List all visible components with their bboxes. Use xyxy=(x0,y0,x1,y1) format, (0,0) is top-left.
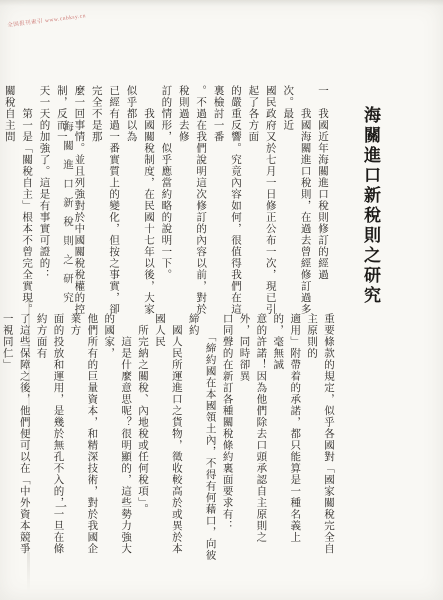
text-column: 。不過在我們說明這次修訂的內容以前，對於稅則過去修 xyxy=(174,85,209,318)
text-column: 意的許諾！因為他們除去口頭承認自主原則之外，同時卻異 xyxy=(235,313,269,562)
quote-column: 「締約國在本國領土內，不得有何藉口，向彼締約 xyxy=(184,313,218,562)
text-register-lower: 重要條款的規定，似乎各國對「國家關稅完全自主原則的 適用」附帶着的承諾，都只能算… xyxy=(0,313,336,562)
text-column: 國民政府又於七月一日修正公布一次，現已引起了各方面 xyxy=(244,85,279,318)
scan-artifact xyxy=(27,552,30,592)
running-title: 海關進口新稅則之研究 xyxy=(60,121,75,311)
section-heading-column: 一 我國近年海關進口稅則修訂的經過 xyxy=(314,85,331,318)
text-register-upper: 一 我國近年海關進口稅則修訂的經過 我國海關進口稅則，在過去曾經修訂過多次。最近… xyxy=(0,85,331,318)
text-column: 這是什麼意思呢？很明顯的，這些勢力強大的國家， xyxy=(99,313,133,562)
page-number: 一 xyxy=(55,498,67,515)
text-column: 第一是「關稅自主」根本不曾完全實現。關稅自主問 xyxy=(0,85,35,318)
text-column: 已經有過一番實質上的變化，但按之事實，卻完全不是那 xyxy=(87,85,122,318)
text-column: 適用」附帶着的承諾，都只能算是一種名義上的，毫無誠 xyxy=(268,313,302,562)
scan-artifact xyxy=(28,300,30,465)
quote-column: 國人民所運進口之貨物，徵收較高於或異於本國人民 xyxy=(150,313,184,562)
library-watermark-stamp: 全国报刊索引 www.cnbksy.cn xyxy=(7,11,86,29)
text-column: 了這些保障之後，他們便可以在「中外資本競爭一視同仁」 xyxy=(0,313,32,562)
text-column: 重要條款的規定，似乎各國對「國家關稅完全自主原則的 xyxy=(302,313,336,562)
scan-edge-shade xyxy=(0,0,443,6)
text-column: 他們所有的巨量資本，和精深技術，對於我國企業方 xyxy=(66,313,100,562)
text-column: 面的投放和運用，是幾於無孔不入的，一旦在條約方面有 xyxy=(32,313,66,562)
quote-column: 所完納之關稅、內地稅或任何稅項」。 xyxy=(133,313,150,562)
text-column: 訂的情形，似乎應當約略的說明一下。 xyxy=(157,85,174,318)
text-column: 我國海關進口稅則，在過去曾經修訂過多次。最近 xyxy=(279,85,314,318)
text-column: 口同聲的在新訂各種關稅條約裏面要求有： xyxy=(218,313,235,562)
text-column: 天一天的加強了。這是有事實可證的： xyxy=(35,85,52,318)
text-column: 的嚴重反響。究竟內容如何，很值得我們在這裏檢討一番 xyxy=(209,85,244,318)
article-title: 海關進口新稅則之研究 xyxy=(358,106,383,306)
text-column: 我國關稅制度，在民國十七年以後，大家似乎都以為 xyxy=(122,85,157,318)
scanned-document-page: 全国报刊索引 www.cnbksy.cn 海關進口新稅則之研究 一 我國近年海關… xyxy=(0,0,443,600)
